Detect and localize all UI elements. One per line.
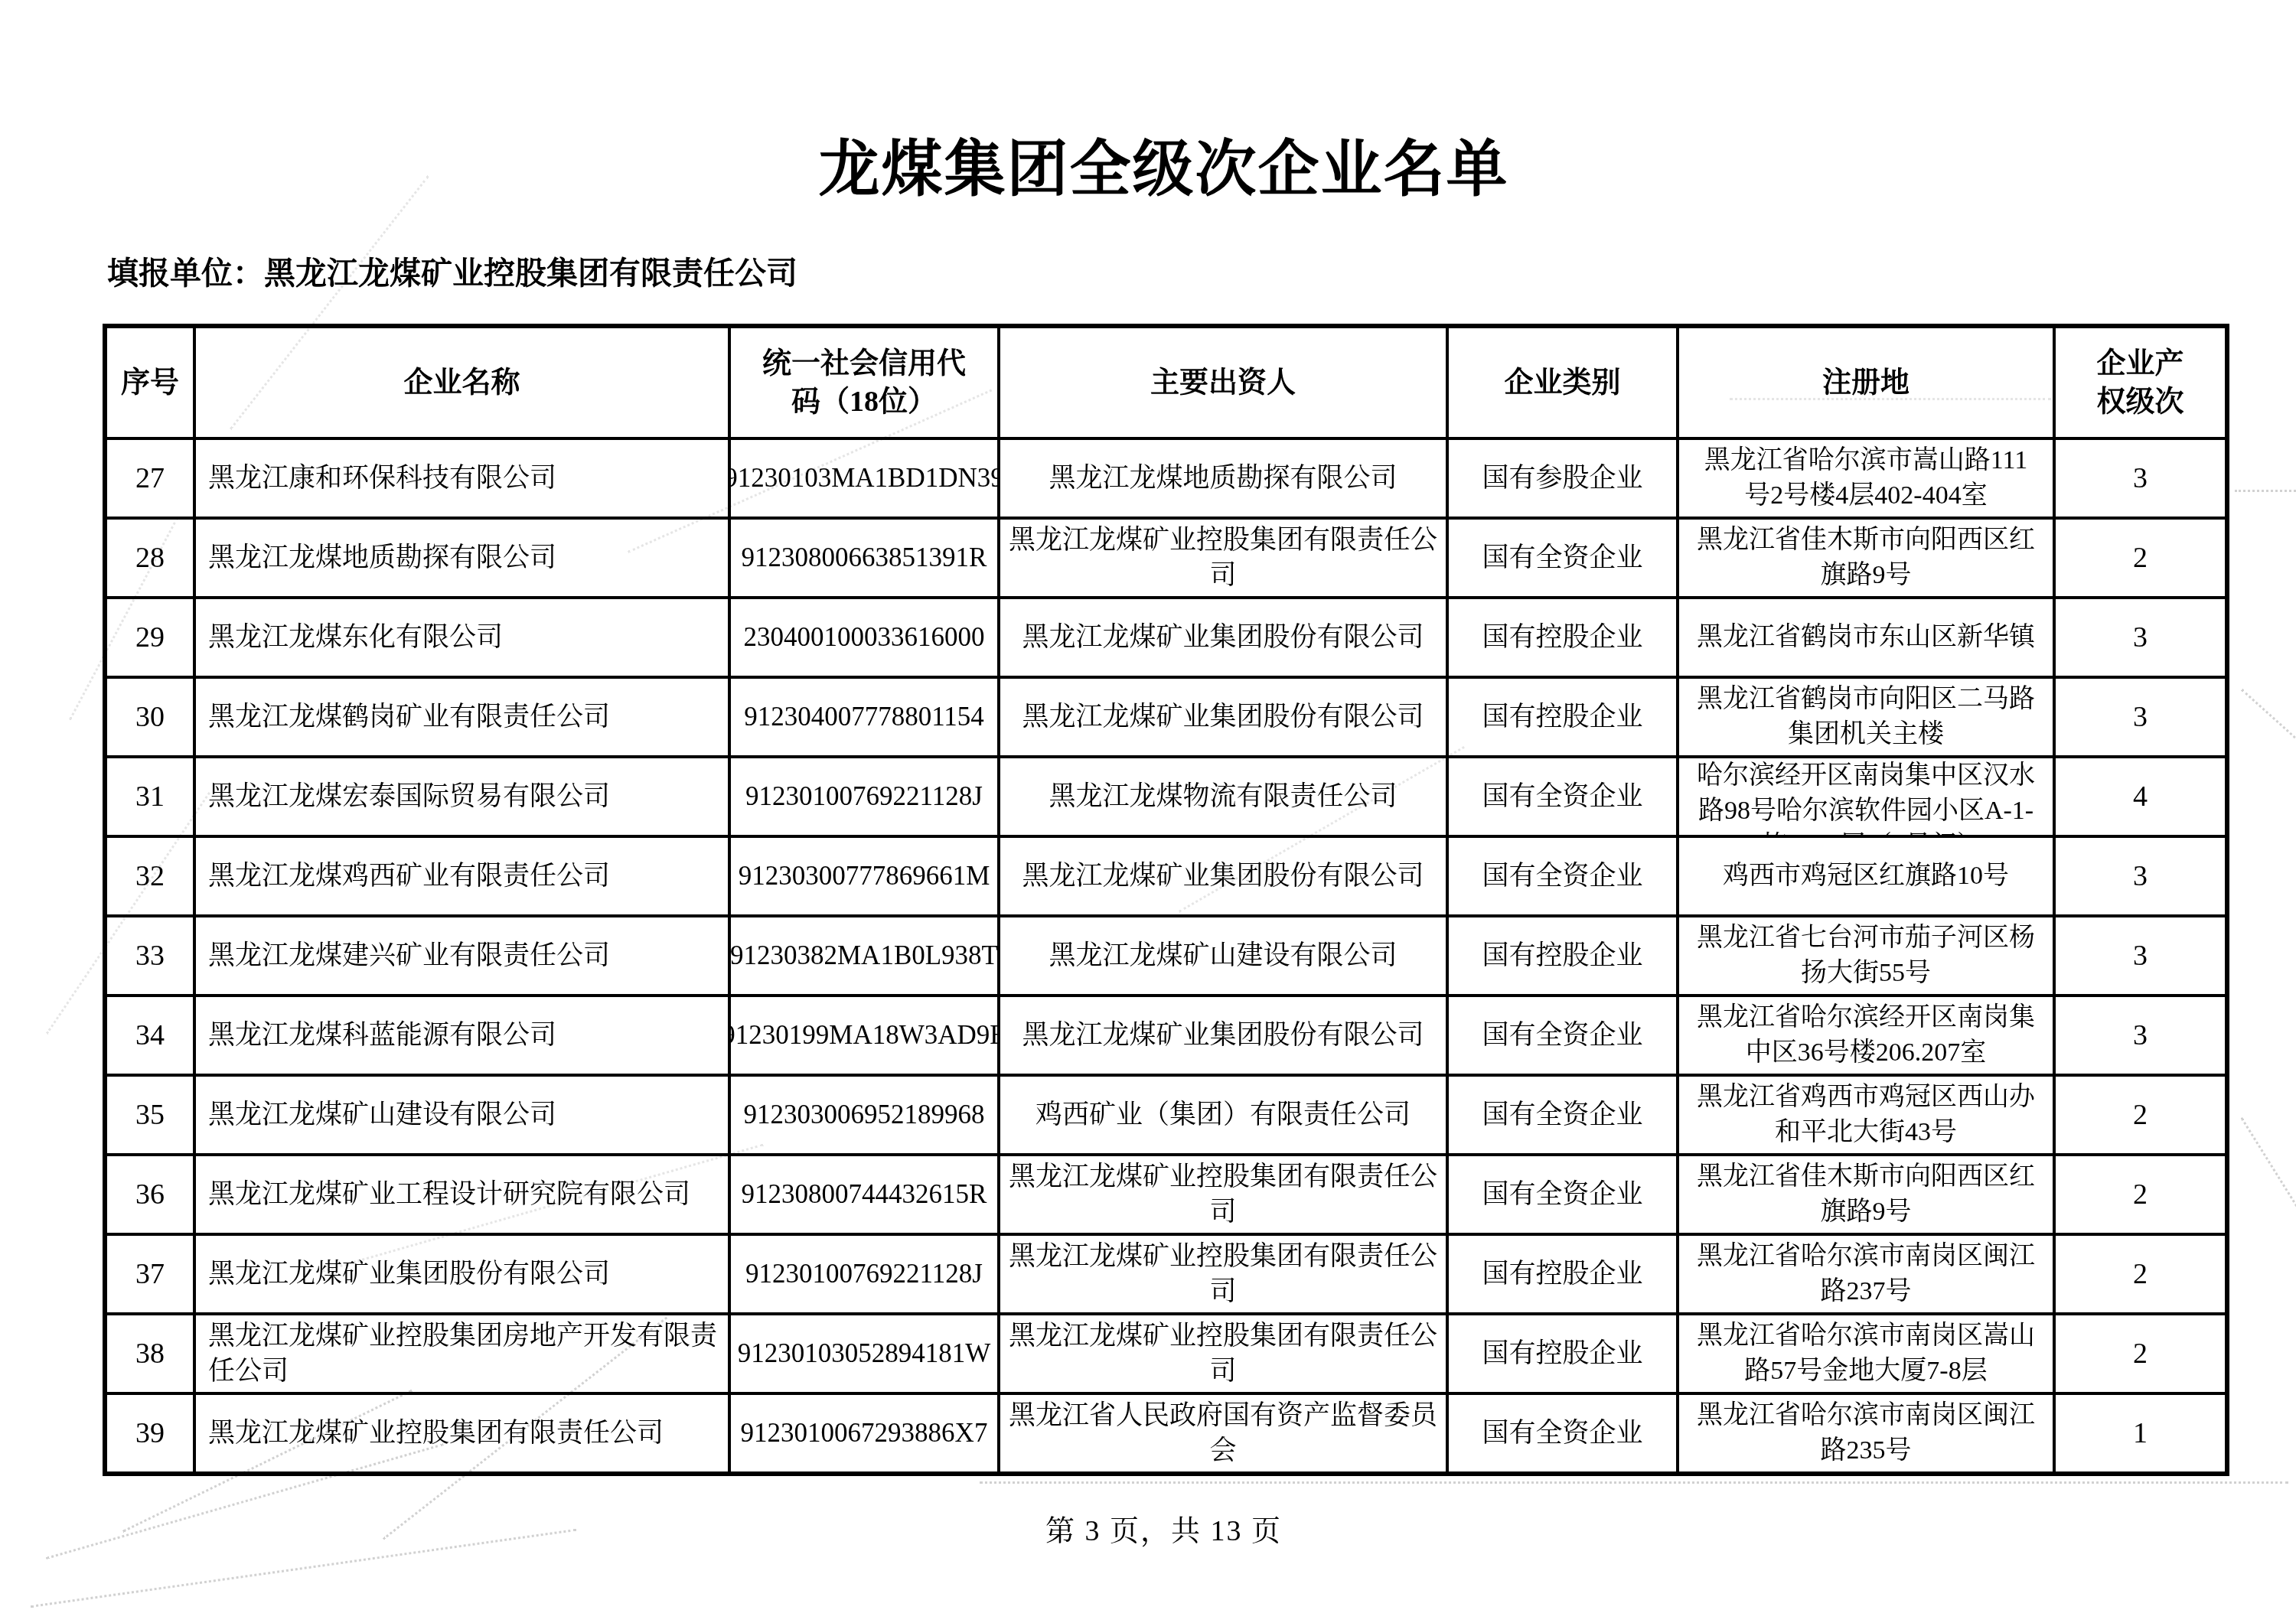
cell-equity-level: 2 bbox=[2054, 1075, 2227, 1155]
header-category: 企业类别 bbox=[1447, 326, 1678, 438]
cell-investor: 黑龙江龙煤矿业集团股份有限公司 bbox=[999, 996, 1447, 1075]
cell-equity-level: 2 bbox=[2054, 1234, 2227, 1314]
cell-registered-address: 黑龙江省哈尔滨经开区南岗集 中区36号楼206.207室 bbox=[1678, 996, 2054, 1075]
cell-no: 28 bbox=[105, 518, 194, 598]
header-registered-address: 注册地 bbox=[1678, 326, 2054, 438]
cell-credit-code: 91230382MA1B0L938T bbox=[729, 916, 999, 996]
cell-equity-level: 3 bbox=[2054, 996, 2227, 1075]
cell-investor: 黑龙江龙煤矿业集团股份有限公司 bbox=[999, 836, 1447, 916]
cell-investor: 黑龙江龙煤矿业集团股份有限公司 bbox=[999, 677, 1447, 757]
cell-no: 32 bbox=[105, 836, 194, 916]
cell-registered-address: 黑龙江省鸡西市鸡冠区西山办 和平北大街43号 bbox=[1678, 1075, 2054, 1155]
enterprise-table: 序号 企业名称 统一社会信用代 码（18位） 主要出资人 企业类别 注册地 企业… bbox=[103, 324, 2229, 1476]
cell-credit-code: 91230800744432615R bbox=[729, 1155, 999, 1234]
table-row: 37 黑龙江龙煤矿业集团股份有限公司 91230100769221128J 黑龙… bbox=[105, 1234, 2227, 1314]
cell-no: 31 bbox=[105, 757, 194, 836]
cell-credit-code: 230400100033616000 bbox=[729, 598, 999, 677]
cell-credit-code: 912303006952189968 bbox=[729, 1075, 999, 1155]
cell-registered-address: 黑龙江省鹤岗市东山区新华镇 bbox=[1678, 598, 2054, 677]
table-row: 39 黑龙江龙煤矿业控股集团有限责任公司 9123010067293886X7 … bbox=[105, 1393, 2227, 1474]
table-row: 30 黑龙江龙煤鹤岗矿业有限责任公司 912304007778801154 黑龙… bbox=[105, 677, 2227, 757]
cell-investor: 鸡西矿业（集团）有限责任公司 bbox=[999, 1075, 1447, 1155]
cell-no: 39 bbox=[105, 1393, 194, 1474]
header-investor: 主要出资人 bbox=[999, 326, 1447, 438]
table-row: 35 黑龙江龙煤矿山建设有限公司 912303006952189968 鸡西矿业… bbox=[105, 1075, 2227, 1155]
cell-equity-level: 3 bbox=[2054, 438, 2227, 518]
cell-company-name: 黑龙江龙煤宏泰国际贸易有限公司 bbox=[194, 757, 729, 836]
cell-company-name: 黑龙江龙煤鸡西矿业有限责任公司 bbox=[194, 836, 729, 916]
cell-category: 国有控股企业 bbox=[1447, 1234, 1678, 1314]
cell-company-name: 黑龙江龙煤东化有限公司 bbox=[194, 598, 729, 677]
cell-no: 29 bbox=[105, 598, 194, 677]
cell-equity-level: 3 bbox=[2054, 836, 2227, 916]
table-row: 27 黑龙江康和环保科技有限公司 91230103MA1BD1DN39 黑龙江龙… bbox=[105, 438, 2227, 518]
table-row: 28 黑龙江龙煤地质勘探有限公司 91230800663851391R 黑龙江龙… bbox=[105, 518, 2227, 598]
cell-registered-address: 黑龙江省哈尔滨市南岗区闽江 路235号 bbox=[1678, 1393, 2054, 1474]
cell-credit-code: 91230103MA1BD1DN39 bbox=[729, 438, 999, 518]
cell-category: 国有全资企业 bbox=[1447, 757, 1678, 836]
cell-investor: 黑龙江龙煤物流有限责任公司 bbox=[999, 757, 1447, 836]
cell-investor: 黑龙江龙煤矿山建设有限公司 bbox=[999, 916, 1447, 996]
cell-registered-address: 黑龙江省哈尔滨市南岗区闽江 路237号 bbox=[1678, 1234, 2054, 1314]
table-body: 27 黑龙江康和环保科技有限公司 91230103MA1BD1DN39 黑龙江龙… bbox=[105, 438, 2227, 1474]
header-row: 序号 企业名称 统一社会信用代 码（18位） 主要出资人 企业类别 注册地 企业… bbox=[105, 326, 2227, 438]
table-row: 32 黑龙江龙煤鸡西矿业有限责任公司 91230300777869661M 黑龙… bbox=[105, 836, 2227, 916]
cell-company-name: 黑龙江龙煤建兴矿业有限责任公司 bbox=[194, 916, 729, 996]
cell-credit-code: 912304007778801154 bbox=[729, 677, 999, 757]
cell-no: 38 bbox=[105, 1314, 194, 1393]
cell-registered-address: 黑龙江省佳木斯市向阳西区红 旗路9号 bbox=[1678, 518, 2054, 598]
cell-equity-level: 1 bbox=[2054, 1393, 2227, 1474]
cell-registered-address: 黑龙江省鹤岗市向阳区二马路 集团机关主楼 bbox=[1678, 677, 2054, 757]
header-company-name: 企业名称 bbox=[194, 326, 729, 438]
cell-equity-level: 2 bbox=[2054, 518, 2227, 598]
cell-investor: 黑龙江龙煤矿业控股集团有限责任公 司 bbox=[999, 1155, 1447, 1234]
page-number: 第 3 页，共 13 页 bbox=[103, 1507, 2225, 1549]
cell-credit-code: 91230100769221128J bbox=[729, 1234, 999, 1314]
cell-no: 37 bbox=[105, 1234, 194, 1314]
table-row: 31 黑龙江龙煤宏泰国际贸易有限公司 91230100769221128J 黑龙… bbox=[105, 757, 2227, 836]
page-title: 龙煤集团全级次企业名单 bbox=[103, 0, 2225, 204]
cell-company-name: 黑龙江龙煤鹤岗矿业有限责任公司 bbox=[194, 677, 729, 757]
cell-no: 36 bbox=[105, 1155, 194, 1234]
cell-credit-code: 9123010067293886X7 bbox=[729, 1393, 999, 1474]
cell-equity-level: 3 bbox=[2054, 916, 2227, 996]
cell-company-name: 黑龙江龙煤科蓝能源有限公司 bbox=[194, 996, 729, 1075]
cell-registered-address: 黑龙江省哈尔滨市南岗区嵩山 路57号金地大厦7-8层 bbox=[1678, 1314, 2054, 1393]
cell-investor: 黑龙江龙煤矿业控股集团有限责任公 司 bbox=[999, 518, 1447, 598]
scan-noise-line bbox=[2241, 689, 2296, 772]
cell-credit-code: 91230800663851391R bbox=[729, 518, 999, 598]
cell-no: 35 bbox=[105, 1075, 194, 1155]
cell-credit-code: 91230100769221128J bbox=[729, 757, 999, 836]
cell-category: 国有全资企业 bbox=[1447, 836, 1678, 916]
cell-company-name: 黑龙江龙煤矿业工程设计研究院有限公司 bbox=[194, 1155, 729, 1234]
cell-equity-level: 2 bbox=[2054, 1155, 2227, 1234]
cell-credit-code: 91230199MA18W3AD9E bbox=[729, 996, 999, 1075]
cell-company-name: 黑龙江龙煤地质勘探有限公司 bbox=[194, 518, 729, 598]
cell-category: 国有全资企业 bbox=[1447, 1393, 1678, 1474]
cell-investor: 黑龙江龙煤矿业集团股份有限公司 bbox=[999, 598, 1447, 677]
table-row: 36 黑龙江龙煤矿业工程设计研究院有限公司 91230800744432615R… bbox=[105, 1155, 2227, 1234]
cell-investor: 黑龙江龙煤矿业控股集团有限责任公 司 bbox=[999, 1314, 1447, 1393]
cell-equity-level: 2 bbox=[2054, 1314, 2227, 1393]
cell-category: 国有控股企业 bbox=[1447, 1314, 1678, 1393]
cell-company-name: 黑龙江龙煤矿业控股集团有限责任公司 bbox=[194, 1393, 729, 1474]
scan-noise-line bbox=[2240, 1117, 2296, 1274]
table-row: 34 黑龙江龙煤科蓝能源有限公司 91230199MA18W3AD9E 黑龙江龙… bbox=[105, 996, 2227, 1075]
cell-category: 国有参股企业 bbox=[1447, 438, 1678, 518]
table-row: 38 黑龙江龙煤矿业控股集团房地产开发有限责 任公司 9123010305289… bbox=[105, 1314, 2227, 1393]
table-row: 29 黑龙江龙煤东化有限公司 230400100033616000 黑龙江龙煤矿… bbox=[105, 598, 2227, 677]
cell-company-name: 黑龙江康和环保科技有限公司 bbox=[194, 438, 729, 518]
cell-no: 30 bbox=[105, 677, 194, 757]
cell-category: 国有全资企业 bbox=[1447, 1155, 1678, 1234]
cell-company-name: 黑龙江龙煤矿业集团股份有限公司 bbox=[194, 1234, 729, 1314]
cell-equity-level: 4 bbox=[2054, 757, 2227, 836]
cell-no: 33 bbox=[105, 916, 194, 996]
table-row: 33 黑龙江龙煤建兴矿业有限责任公司 91230382MA1B0L938T 黑龙… bbox=[105, 916, 2227, 996]
cell-registered-address: 哈尔滨经开区南岗集中区汉水 路98号哈尔滨软件园小区A-1- 3栋1、2层（1号… bbox=[1678, 757, 2054, 836]
cell-no: 27 bbox=[105, 438, 194, 518]
document-page: 龙煤集团全级次企业名单 填报单位：黑龙江龙煤矿业控股集团有限责任公司 序号 企业… bbox=[0, 0, 2296, 1623]
reporting-unit: 填报单位：黑龙江龙煤矿业控股集团有限责任公司 bbox=[103, 248, 2225, 293]
header-equity-level: 企业产 权级次 bbox=[2054, 326, 2227, 438]
cell-category: 国有全资企业 bbox=[1447, 996, 1678, 1075]
cell-category: 国有全资企业 bbox=[1447, 1075, 1678, 1155]
scan-noise-line bbox=[2235, 490, 2296, 492]
cell-registered-address: 鸡西市鸡冠区红旗路10号 bbox=[1678, 836, 2054, 916]
cell-equity-level: 3 bbox=[2054, 677, 2227, 757]
cell-registered-address: 黑龙江省佳木斯市向阳西区红 旗路9号 bbox=[1678, 1155, 2054, 1234]
cell-company-name: 黑龙江龙煤矿业控股集团房地产开发有限责 任公司 bbox=[194, 1314, 729, 1393]
cell-registered-address: 黑龙江省七台河市茄子河区杨 扬大街55号 bbox=[1678, 916, 2054, 996]
cell-investor: 黑龙江龙煤矿业控股集团有限责任公 司 bbox=[999, 1234, 1447, 1314]
header-credit-code: 统一社会信用代 码（18位） bbox=[729, 326, 999, 438]
cell-category: 国有控股企业 bbox=[1447, 916, 1678, 996]
cell-category: 国有控股企业 bbox=[1447, 677, 1678, 757]
cell-category: 国有全资企业 bbox=[1447, 518, 1678, 598]
cell-equity-level: 3 bbox=[2054, 598, 2227, 677]
cell-no: 34 bbox=[105, 996, 194, 1075]
cell-investor: 黑龙江省人民政府国有资产监督委员 会 bbox=[999, 1393, 1447, 1474]
cell-registered-address: 黑龙江省哈尔滨市嵩山路111 号2号楼4层402-404室 bbox=[1678, 438, 2054, 518]
cell-credit-code: 91230300777869661M bbox=[729, 836, 999, 916]
cell-category: 国有控股企业 bbox=[1447, 598, 1678, 677]
cell-credit-code: 91230103052894181W bbox=[729, 1314, 999, 1393]
header-no: 序号 bbox=[105, 326, 194, 438]
cell-investor: 黑龙江龙煤地质勘探有限公司 bbox=[999, 438, 1447, 518]
cell-company-name: 黑龙江龙煤矿山建设有限公司 bbox=[194, 1075, 729, 1155]
